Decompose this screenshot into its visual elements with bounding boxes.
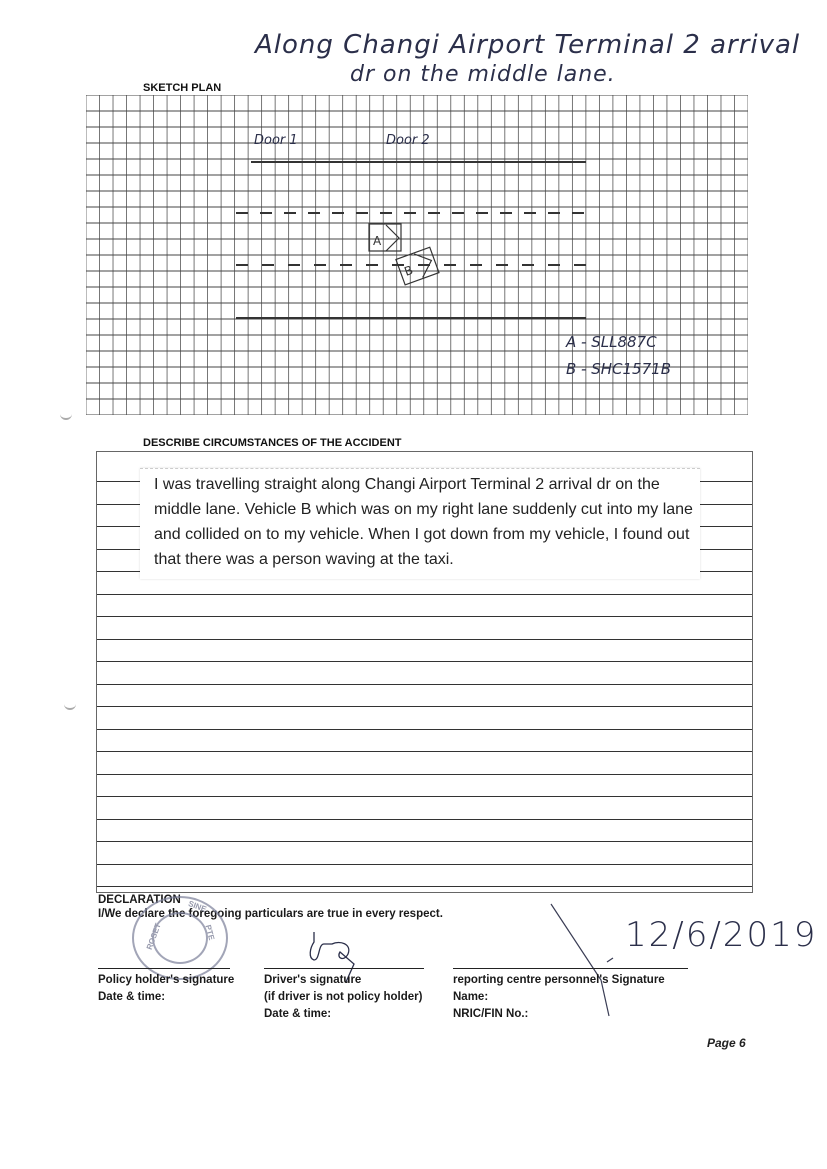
reporting-signature-label: reporting centre personnel's Signature	[453, 972, 665, 989]
driver-note: (if driver is not policy holder)	[264, 989, 422, 1006]
ruled-line	[97, 886, 752, 887]
punch-hole-mark	[60, 412, 72, 420]
ruled-line	[97, 639, 752, 640]
ruled-line	[97, 616, 752, 617]
policy-holder-block: Policy holder's signature Date & time:	[98, 972, 234, 1006]
policy-holder-signature-label: Policy holder's signature	[98, 972, 234, 989]
vehicle-a-icon: A	[369, 224, 401, 251]
policy-holder-date-label: Date & time:	[98, 989, 234, 1006]
driver-signature-line	[264, 968, 424, 969]
sketch-plan-label: SKETCH PLAN	[143, 82, 221, 94]
driver-block: Driver's signature (if driver is not pol…	[264, 972, 422, 1023]
door-1-label: Door 1	[254, 133, 298, 148]
ruled-line	[97, 751, 752, 752]
ruled-line	[97, 661, 752, 662]
reporting-block: reporting centre personnel's Signature N…	[453, 972, 665, 1023]
reporting-name-label: Name:	[453, 989, 665, 1006]
ruled-line	[97, 774, 752, 775]
driver-signature-label: Driver's signature	[264, 972, 422, 989]
ruled-line	[97, 684, 752, 685]
reporting-nric-label: NRIC/FIN No.:	[453, 1006, 665, 1023]
ruled-line	[97, 729, 752, 730]
ruled-line	[97, 841, 752, 842]
reporting-signature-line	[453, 968, 688, 969]
vehicle-b-plate: B - SHC1571B	[566, 360, 671, 378]
ruled-line	[97, 594, 752, 595]
vehicle-a-plate: A - SLL887C	[566, 333, 657, 351]
ruled-line	[97, 796, 752, 797]
door-2-label: Door 2	[386, 133, 430, 148]
ruled-line	[97, 706, 752, 707]
vehicle-b-icon: B	[396, 247, 439, 285]
handwritten-location-note: Along Changi Airport Terminal 2 arrival …	[255, 30, 800, 90]
ruled-line	[97, 819, 752, 820]
handwritten-note-line-1: Along Changi Airport Terminal 2 arrival	[255, 30, 800, 60]
accident-description-text: I was travelling straight along Changi A…	[154, 472, 699, 572]
punch-hole-mark	[64, 702, 76, 710]
handwritten-note-line-2: dr on the middle lane.	[255, 60, 800, 90]
handwritten-date: 12/6/2019	[625, 915, 817, 955]
circumstances-label: DESCRIBE CIRCUMSTANCES OF THE ACCIDENT	[143, 437, 402, 449]
ruled-line	[97, 864, 752, 865]
page-number: Page 6	[707, 1036, 746, 1050]
policy-holder-signature-line	[98, 968, 230, 969]
svg-text:A: A	[373, 234, 382, 248]
driver-date-label: Date & time:	[264, 1006, 422, 1023]
